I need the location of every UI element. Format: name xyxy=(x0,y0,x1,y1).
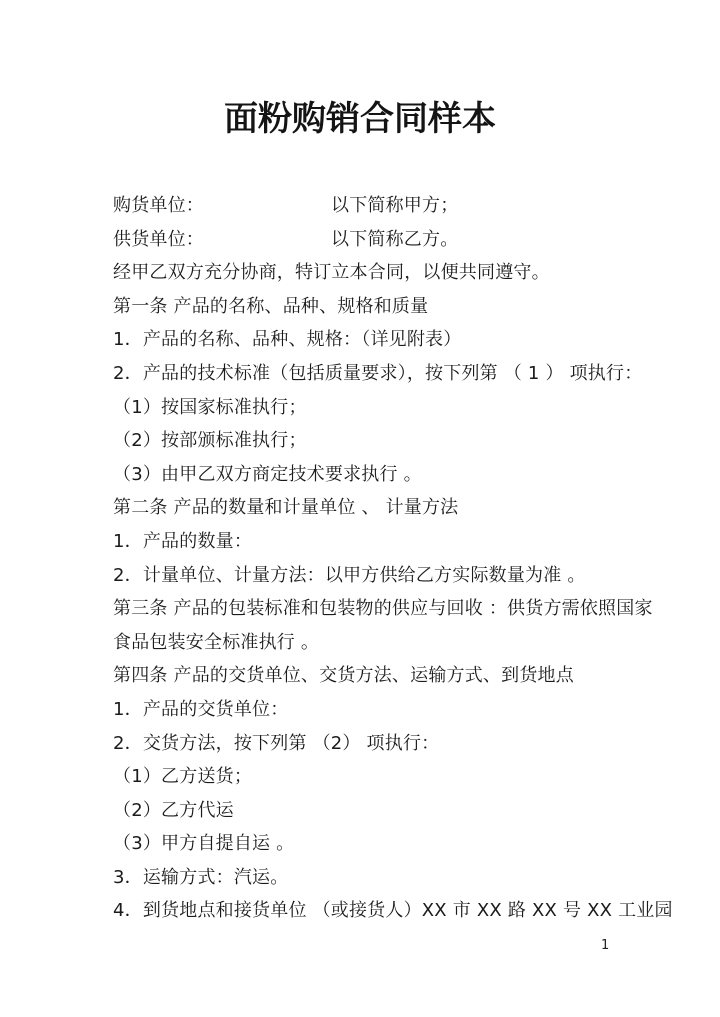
contract-line: 2．产品的技术标准（包括质量要求），按下列第 （ 1 ） 项执行： xyxy=(113,357,623,391)
contract-line: 2．计量单位、计量方法：以甲方供给乙方实际数量为准 。 xyxy=(113,559,623,593)
blank-fill-space xyxy=(204,244,331,245)
contract-line: 1．产品的数量： xyxy=(113,525,623,559)
contract-line: （3）由甲乙双方商定技术要求执行 。 xyxy=(113,458,623,492)
contract-line: 第一条 产品的名称、品种、规格和质量 xyxy=(113,290,623,324)
contract-line: 食品包装安全标准执行 。 xyxy=(113,626,623,660)
field-label: 购货单位： xyxy=(113,195,204,216)
field-label: 供货单位： xyxy=(113,229,204,250)
contract-line: 4．到货地点和接货单位 （或接货人）XX 市 XX 路 XX 号 XX 工业园 xyxy=(113,894,623,928)
contract-line: （2）按部颁标准执行； xyxy=(113,424,623,458)
contract-line: 供货单位：以下简称乙方。 xyxy=(113,223,623,257)
contract-line: （1）乙方送货； xyxy=(113,760,623,794)
field-note: 以下简称甲方； xyxy=(331,195,458,216)
document-body: 购货单位：以下简称甲方； 供货单位：以下简称乙方。 经甲乙双方充分协商，特订立本… xyxy=(113,189,623,928)
page-number: 1 xyxy=(601,937,609,955)
contract-line: 2．交货方法，按下列第 （2） 项执行： xyxy=(113,727,623,761)
contract-document-page: 面粉购销合同样本 购货单位：以下简称甲方； 供货单位：以下简称乙方。 经甲乙双方… xyxy=(0,0,720,1017)
contract-line: 经甲乙双方充分协商，特订立本合同，以便共同遵守。 xyxy=(113,256,623,290)
contract-line: （2）乙方代运 xyxy=(113,794,623,828)
document-title: 面粉购销合同样本 xyxy=(0,97,720,141)
contract-line: 第四条 产品的交货单位、交货方法、运输方式、到货地点 xyxy=(113,659,623,693)
contract-line: 购货单位：以下简称甲方； xyxy=(113,189,623,223)
contract-line: （3）甲方自提自运 。 xyxy=(113,827,623,861)
contract-line: 3．运输方式：汽运。 xyxy=(113,861,623,895)
contract-line: 1．产品的名称、品种、规格：（详见附表） xyxy=(113,323,623,357)
contract-line: 第二条 产品的数量和计量单位 、 计量方法 xyxy=(113,491,623,525)
blank-fill-space xyxy=(204,210,331,211)
contract-line: 第三条 产品的包装标准和包装物的供应与回收 ：供货方需依照国家 xyxy=(113,592,623,626)
contract-line: （1）按国家标准执行； xyxy=(113,391,623,425)
contract-line: 1．产品的交货单位： xyxy=(113,693,623,727)
field-note: 以下简称乙方。 xyxy=(331,229,458,250)
